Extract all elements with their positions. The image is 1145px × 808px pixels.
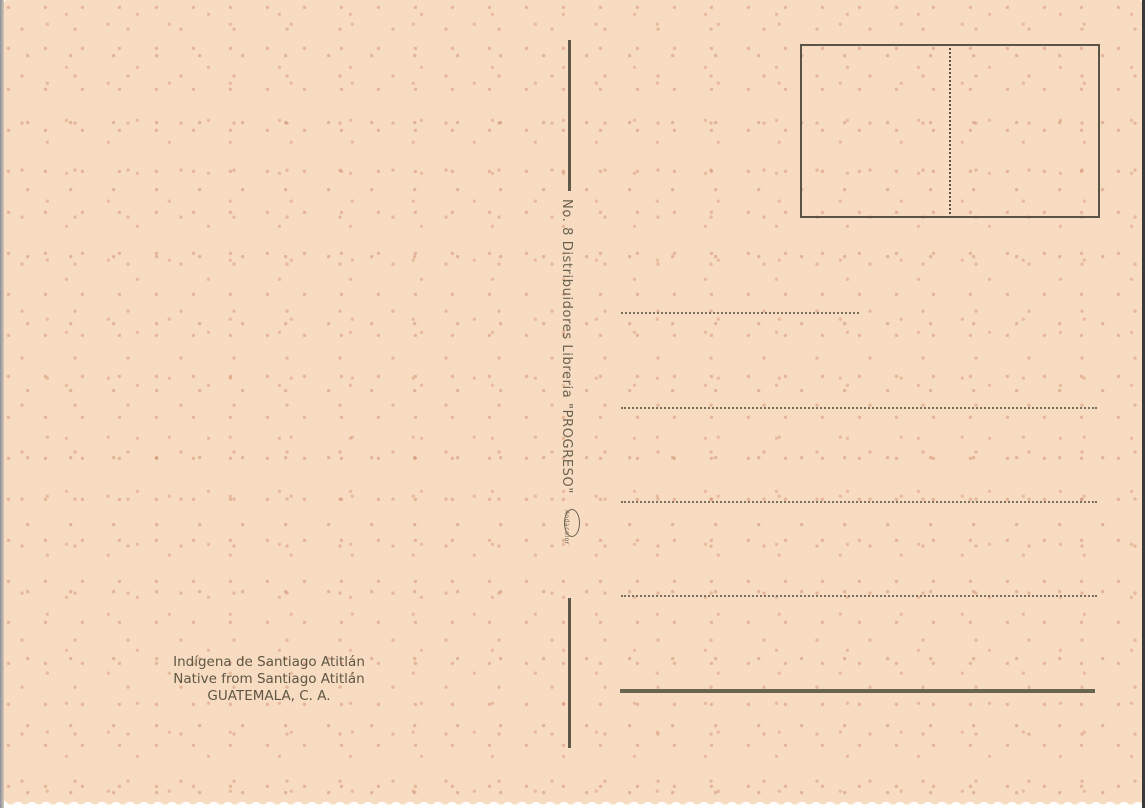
stamp-box-dotted-divider: [949, 48, 951, 214]
caption-spanish: Indígena de Santiago Atitlán: [130, 654, 408, 671]
address-line-2: [621, 407, 1097, 409]
publisher-text: No. 8 Distribuidores Libreria "PROGRESO": [559, 199, 574, 494]
stamp-box: [800, 44, 1100, 218]
kodacolor-logo-icon: Kodacolor: [564, 509, 580, 537]
address-line-1: [621, 312, 859, 314]
address-line-3: [621, 501, 1097, 503]
photo-caption: Indígena de Santiago Atitlán Native from…: [130, 654, 408, 705]
address-line-solid: [620, 689, 1095, 693]
caption-english: Native from Santiago Atitlán: [130, 671, 408, 688]
caption-country: GUATEMALA, C. A.: [130, 688, 408, 705]
center-divider-top: [568, 40, 571, 191]
center-divider-bottom: [568, 598, 571, 748]
address-line-4: [621, 595, 1097, 597]
publisher-imprint: No. 8 Distribuidores Libreria "PROGRESO"…: [560, 199, 580, 591]
